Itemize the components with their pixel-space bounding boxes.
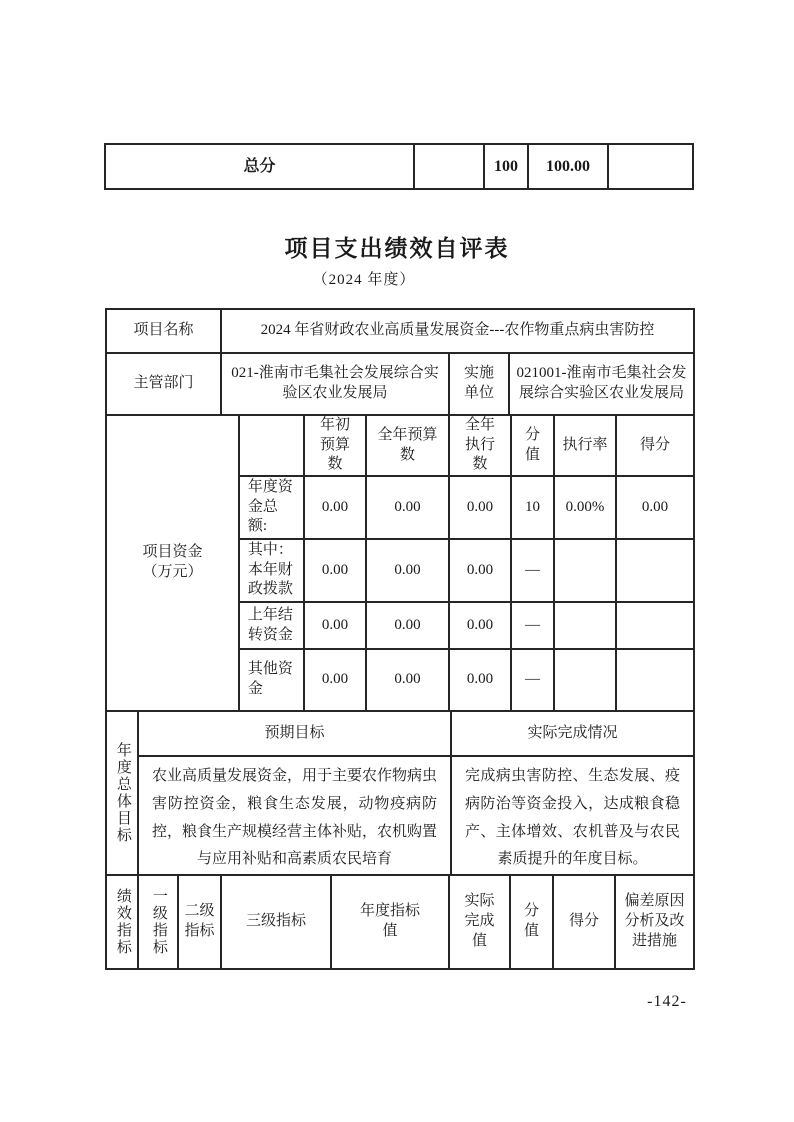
funds-cell: 10: [512, 477, 555, 540]
indicator-header-score: 分值: [511, 876, 554, 968]
summary-score-value: 100: [485, 145, 529, 188]
indicator-header-points: 得分: [554, 876, 616, 968]
funds-row-label: 其中：本年财政拨款: [240, 540, 305, 603]
funds-cell: 0.00: [450, 603, 512, 650]
funds-cell: —: [512, 650, 555, 712]
summary-total-row: 总分 100 100.00: [106, 145, 692, 188]
indicator-header-section: 绩效指标 一级指标 二级指标 三级指标 年度指标值 实际完成值 分值 得分 偏差…: [107, 876, 693, 968]
indicator-section-label: 绩效指标: [107, 876, 139, 968]
document-subtitle: （2024 年度）: [0, 268, 761, 289]
funds-cell: —: [512, 603, 555, 650]
summary-empty-cell: [415, 145, 485, 188]
unit-label: 实施单位: [450, 354, 510, 416]
funds-cell: [617, 540, 693, 603]
funds-cell: 0.00: [367, 540, 450, 603]
summary-total-value: 100.00: [529, 145, 609, 188]
funds-header-year-exec: 全年执行数: [450, 416, 512, 477]
indicator-header-level1: 一级指标: [139, 876, 179, 968]
funds-cell: [555, 603, 617, 650]
funds-cell: 0.00: [305, 650, 367, 712]
indicator-header-deviation: 偏差原因分析及改进措施: [616, 876, 693, 968]
funds-cell: 0.00: [450, 540, 512, 603]
summary-trailing-cell: [609, 145, 692, 188]
funds-header-begin-budget: 年初预算数: [305, 416, 367, 477]
funds-cell: [555, 650, 617, 712]
funds-cell: 0.00: [305, 477, 367, 540]
summary-total-table: 总分 100 100.00: [104, 143, 694, 190]
indicator-header-actual-value: 实际完成值: [450, 876, 511, 968]
department-row: 主管部门 021-淮南市毛集社会发展综合实验区农业发展局 实施单位 021001…: [107, 354, 693, 416]
document-page: 总分 100 100.00 项目支出绩效自评表 （2024 年度） 项目名称 2…: [0, 0, 794, 1122]
indicator-header-level2: 二级指标: [179, 876, 222, 968]
self-evaluation-table: 项目名称 2024 年省财政农业高质量发展资金---农作物重点病虫害防控 主管部…: [105, 308, 695, 970]
page-number: -142-: [632, 993, 702, 1011]
funds-cell: [617, 603, 693, 650]
funds-cell: 0.00: [617, 477, 693, 540]
funds-cell: 0.00: [367, 603, 450, 650]
funds-header-rate: 执行率: [555, 416, 617, 477]
funds-cell: —: [512, 540, 555, 603]
actual-result-header: 实际完成情况: [452, 712, 693, 757]
funds-row-label: 年度资金总额:: [240, 477, 305, 540]
funds-cell: [617, 650, 693, 712]
funds-header-year-budget: 全年预算数: [367, 416, 450, 477]
project-name-value: 2024 年省财政农业高质量发展资金---农作物重点病虫害防控: [222, 310, 693, 354]
annual-goal-section-label: 年度总体目标: [107, 712, 139, 876]
funds-cell: 0.00: [450, 650, 512, 712]
indicator-header-annual-value: 年度指标值: [332, 876, 450, 968]
indicator-header-level3: 三级指标: [222, 876, 332, 968]
actual-result-text: 完成病虫害防控、生态发展、疫病防治等资金投入，达成粮食稳产、主体增效、农机普及与…: [452, 757, 693, 876]
funds-corner-cell: [240, 416, 305, 477]
summary-total-label: 总分: [106, 145, 415, 188]
funds-header-points: 得分: [617, 416, 693, 477]
funds-row-label: 上年结转资金: [240, 603, 305, 650]
unit-value: 021001-淮南市毛集社会发展综合实验区农业发展局: [510, 354, 693, 416]
funds-row-label: 其他资金: [240, 650, 305, 712]
department-label: 主管部门: [107, 354, 222, 416]
document-title: 项目支出绩效自评表: [0, 230, 794, 263]
department-value: 021-淮南市毛集社会发展综合实验区农业发展局: [222, 354, 450, 416]
funds-section: 项目资金（万元） 年初预算数 全年预算数 全年执行数 分值 执行率 得分 年度资…: [107, 416, 693, 712]
funds-section-label: 项目资金（万元）: [107, 416, 240, 712]
project-name-label: 项目名称: [107, 310, 222, 354]
project-name-row: 项目名称 2024 年省财政农业高质量发展资金---农作物重点病虫害防控: [107, 310, 693, 354]
funds-cell: 0.00: [367, 477, 450, 540]
funds-cell: 0.00: [305, 540, 367, 603]
funds-cell: 0.00: [305, 603, 367, 650]
funds-header-score: 分值: [512, 416, 555, 477]
funds-cell: [555, 540, 617, 603]
expected-goal-text: 农业高质量发展资金，用于主要农作物病虫害防控资金，粮食生态发展，动物疫病防控，粮…: [139, 757, 452, 876]
funds-cell: 0.00: [367, 650, 450, 712]
expected-goal-header: 预期目标: [139, 712, 452, 757]
annual-goal-section: 年度总体目标 预期目标 实际完成情况 农业高质量发展资金，用于主要农作物病虫害防…: [107, 712, 693, 876]
funds-cell: 0.00%: [555, 477, 617, 540]
funds-cell: 0.00: [450, 477, 512, 540]
